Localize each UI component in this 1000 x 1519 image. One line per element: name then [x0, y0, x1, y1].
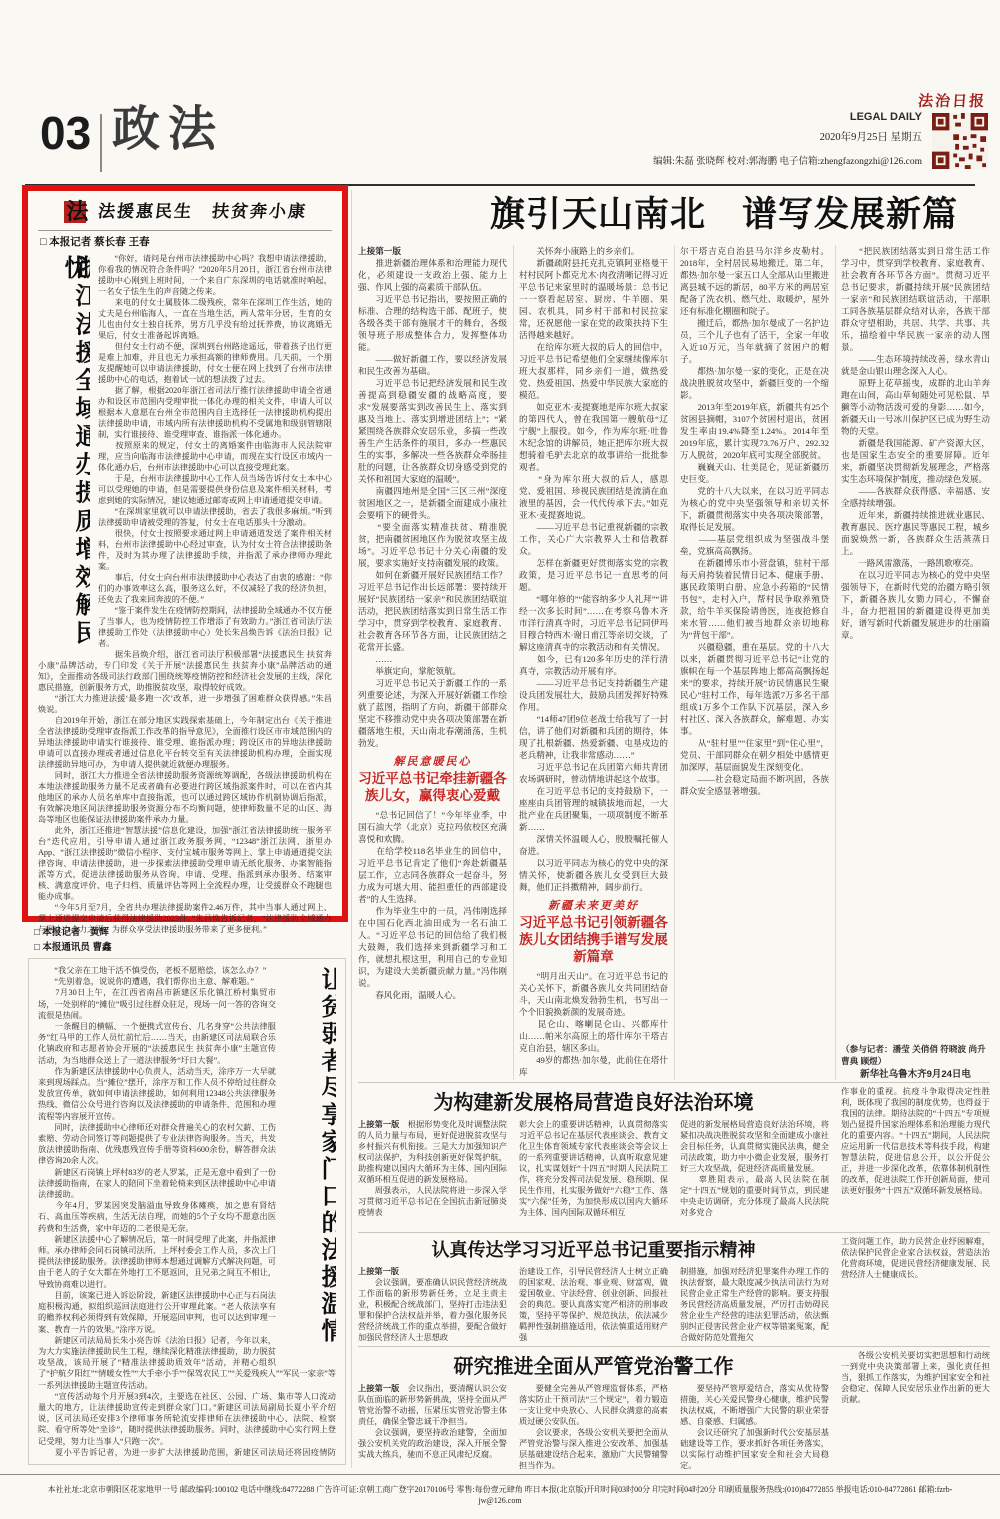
column-text: 各级公安机关要切实把思想和行动统一到党中央决策部署上来，强化责任担当，狠抓工作落…: [841, 1351, 990, 1404]
police-column-4: 各级公安机关要切实把思想和行动统一到党中央决策部署上来，强化责任担当，狠抓工作落…: [841, 1350, 990, 1468]
footer-rule: [0, 1474, 1000, 1475]
private-economy-headline: 认真传达学习习近平总书记重要指示精神: [358, 1236, 829, 1262]
column-text: “总书记回信了！”今年毕业季，中国石油大学（北京）克拉玛依校区充满喜悦和欢腾。 …: [358, 810, 507, 1000]
police-column-1: 上接第一版 会议指出，要清醒认识公安队伍面临的新形势新挑战，坚持全面从严管党治警…: [358, 1383, 507, 1471]
subheadline-kicker: 解民意暖民心: [358, 755, 507, 770]
law-brand-icon: 法: [64, 199, 90, 225]
column-text: 尔干塔吉克自治县马尔洋乡皮勒村。2018年，全村居民易地搬迁。第二年，都热·加尔…: [680, 246, 829, 796]
byline: □ 本报记者 蔡长春 王春: [40, 237, 332, 248]
police-column-2: 要健全完善从严管理监督体系，严格落实防止干预司法“三个规定”，着力锻造一支让党中…: [519, 1383, 668, 1471]
pe-column-1: 上接第一版 会议强调，要准确认识民营经济统战工作面临的新形势新任务，立足主责主业…: [358, 1266, 507, 1343]
police-article: 研究推进全面从严管党治警工作 上接第一版 会议指出，要清醒认识公安队伍面临的新形…: [358, 1346, 990, 1468]
police-headline: 研究推进全面从严管党治警工作: [358, 1350, 829, 1379]
continued-tag: 上接第一版: [358, 1120, 399, 1129]
column-text: “把民族团结落实到日常生活工作学习中，贯穿到学校教育、家庭教育、社会教育各环节各…: [841, 246, 990, 640]
xinjiang-headline: 旗引天山南北 谱写发展新篇: [490, 196, 992, 240]
newspaper-page: 03 政法 法治日报 LEGAL DAILY 2020年9月25日 星期五 编辑…: [0, 0, 1000, 1519]
date-line: 2020年9月25日 星期五: [820, 133, 922, 144]
campaign-slogan: 法援惠民生 扶贫奔小康: [96, 202, 307, 222]
column-rule: [351, 190, 352, 1468]
article-signature: （参与记者：潘莹 关俏俏 符晓波 尚升 曹典 顾煜） 新华社乌鲁木齐9月24日电: [841, 1043, 990, 1083]
column-text: “明月出天山”。在习近平总书记的关心关怀下，新疆各族儿女共同团结奋斗，天山南北焕…: [519, 971, 668, 1077]
subheadline-kicker: 新疆未来更美好: [519, 899, 668, 914]
court-column-2: 彰大会上的重要讲话精神，认真贯彻落实习近平总书记在基层代表座谈会、教育文化卫生体…: [519, 1119, 668, 1228]
lead-article-title: 浙江法援全域通办提质增效解民忧: [38, 255, 90, 647]
column-text: 会议指出，要清醒认识公安队伍面临的新形势新挑战，坚持全面从严管党治警不动摇，压紧…: [358, 1384, 507, 1459]
pe-column-2: 治建设工作，引导民营经济人士树立正确的国家观、法治观、事业观、财富观，做爱国敬业…: [519, 1266, 668, 1343]
continued-tag: 上接第一版: [358, 246, 401, 256]
aid-article-bylines: □ 本报记者 黄辉 □ 本报通讯员 曹鑫: [34, 925, 112, 955]
continued-tag: 上接第一版: [358, 1384, 399, 1393]
lead-article-body: 浙江法援全域通办提质增效解民忧 “你好，请问是台州市法律援助中心吗？我想申请法律…: [38, 253, 332, 935]
police-column-3: 要坚持严管厚爱结合，落实从优待警措施，关心关爱民警身心健康，维护民警执法权威，不…: [680, 1383, 829, 1471]
xinjiang-column-3: 尔干塔吉克自治县马尔洋乡皮勒村。2018年，全村居民易地搬迁。第二年，都热·加尔…: [680, 245, 829, 1083]
column-text: 治建设工作，引导民营经济人士树立正确的国家观、法治观、事业观、财富观，做爱国敬业…: [519, 1267, 668, 1342]
xinjiang-column-1: 上接第一版 推进新疆治理体系和治理能力现代化，必须建设一支政治上强、能力上强、作…: [358, 245, 507, 1083]
qr-code-icon: [932, 113, 988, 169]
byline: □ 本报记者 黄辉: [34, 925, 112, 940]
column-text: 根据形势变化及时调整法院的人员力量与布局，更好促进脱贫攻坚与乡村振兴有机衔接。三…: [358, 1120, 507, 1217]
pe-column-3: 制措施，加强对经济犯罪案件办理工作的执法督察，最大限度减少执法司法行为对民营企业…: [680, 1266, 829, 1343]
subheadline-title: 习近平总书记引领新疆各族儿女团结携手谱写发展新篇章: [519, 914, 668, 965]
column-text: 促进的新发展格局营造良好法治环境，将紧扣决战决胜脱贫攻坚和全面建成小康社会目标任…: [680, 1120, 829, 1217]
column-text: 推进新疆治理体系和治理能力现代化，必须建设一支政治上强、能力上强、作风上强的高素…: [358, 258, 507, 748]
column-text: 工资问题工作，助力民营企业纾困解难，依法保护民营企业家合法权益，营造法治化营商环…: [841, 1237, 990, 1279]
page-number: 03: [40, 110, 91, 156]
subheadline-title: 习近平总书记牵挂新疆各族儿女，赢得衷心爱戴: [358, 770, 507, 804]
contributing-reporters: （参与记者：潘莹 关俏俏 符晓波 尚升 曹典 顾煜）: [841, 1043, 990, 1067]
court-article: 为构建新发展格局营造良好法治环境 上接第一版 根据形势变化及时调整法院的人员力量…: [358, 1082, 990, 1228]
highlighted-lead-article: 法 法援惠民生 扶贫奔小康 □ 本报记者 蔡长春 王春 浙江法援全域通办提质增效…: [22, 185, 348, 922]
court-column-1: 上接第一版 根据形势变化及时调整法院的人员力量与布局，更好促进脱贫攻坚与乡村振兴…: [358, 1119, 507, 1228]
section-title: 政法: [112, 106, 224, 154]
column-text: 作事业的重视。抗疫斗争取得决定性胜利，既体现了我国的制度优势，也得益于我国的法律…: [841, 1087, 990, 1195]
xinjiang-column-4: “把民族团结落实到日常生活工作学习中，贯穿到学校教育、家庭教育、社会教育各环节各…: [841, 245, 990, 1083]
column-text: 关怀奔小康路上的乡亲们。 新疆疏附县托克扎克镇阿亚格曼干村村民阿卜都克尤木·肉孜…: [519, 246, 668, 892]
court-headline: 为构建新发展格局营造良好法治环境: [358, 1086, 829, 1115]
pe-column-4: 工资问题工作，助力民营企业纾困解难，依法保护民营企业家合法权益，营造法治化营商环…: [841, 1236, 990, 1342]
court-column-3: 促进的新发展格局营造良好法治环境，将紧扣决战决胜脱贫攻坚和全面建成小康社会目标任…: [680, 1119, 829, 1228]
subheadline: 解民意暖民心 习近平总书记牵挂新疆各族儿女，赢得衷心爱戴: [358, 755, 507, 804]
masthead-english: LEGAL DAILY: [850, 112, 922, 123]
aid-article: 让贫弱者尽享家门口的法援温情 “我父亲在工地干活不慎受伤，老板不愿赔偿，该怎么办…: [28, 958, 346, 1465]
column-text: 会议强调，要准确认识民营经济统战工作面临的新形势新任务，立足主责主业，积极配合统…: [358, 1278, 507, 1342]
court-column-4: 作事业的重视。抗疫斗争取得决定性胜利，既体现了我国的制度优势，也得益于我国的法律…: [841, 1086, 990, 1228]
news-agency-dateline: 新华社乌鲁木齐9月24日电: [841, 1067, 990, 1083]
subheadline: 新疆未来更美好 习近平总书记引领新疆各族儿女团结携手谱写发展新篇章: [519, 899, 668, 965]
column-text: 要健全完善从严管理监督体系，严格落实防止干预司法“三个规定”，着力锻造一支让党中…: [519, 1384, 668, 1470]
private-economy-article: 认真传达学习习近平总书记重要指示精神 上接第一版 会议强调，要准确认识民营经济统…: [358, 1232, 990, 1342]
campaign-banner: 法 法援惠民生 扶贫奔小康: [38, 197, 332, 231]
xinjiang-column-2: 关怀奔小康路上的乡亲们。 新疆疏附县托克扎克镇阿亚格曼干村村民阿卜都克尤木·肉孜…: [519, 245, 668, 1083]
aid-article-title: 让贫弱者尽享家门口的法援温情: [284, 967, 336, 1359]
byline: □ 本报通讯员 曹鑫: [34, 940, 112, 955]
column-text: 制措施，加强对经济犯罪案件办理工作的执法督察，最大限度减少执法司法行为对民营企业…: [680, 1267, 829, 1342]
header-divider: [100, 114, 102, 172]
column-text: 彰大会上的重要讲话精神，认真贯彻落实习近平总书记在基层代表座谈会、教育文化卫生体…: [519, 1120, 668, 1217]
continued-tag: 上接第一版: [358, 1267, 399, 1276]
staff-line: 编辑:朱磊 张晓辉 校对:郭海鹏 电子信箱:zhengfazongzhi@126…: [653, 158, 922, 168]
masthead-chinese: 法治日报: [917, 95, 986, 110]
imprint-line: 本社社址:北京市朝阳区花家地甲一号 邮政编码:100102 电话中继线:8477…: [30, 1484, 970, 1506]
xinjiang-columns: 上接第一版 推进新疆治理体系和治理能力现代化，必须建设一支政治上强、能力上强、作…: [358, 245, 990, 1083]
column-text: 要坚持严管厚爱结合，落实从优待警措施，关心关爱民警身心健康，维护民警执法权威，不…: [680, 1384, 829, 1470]
